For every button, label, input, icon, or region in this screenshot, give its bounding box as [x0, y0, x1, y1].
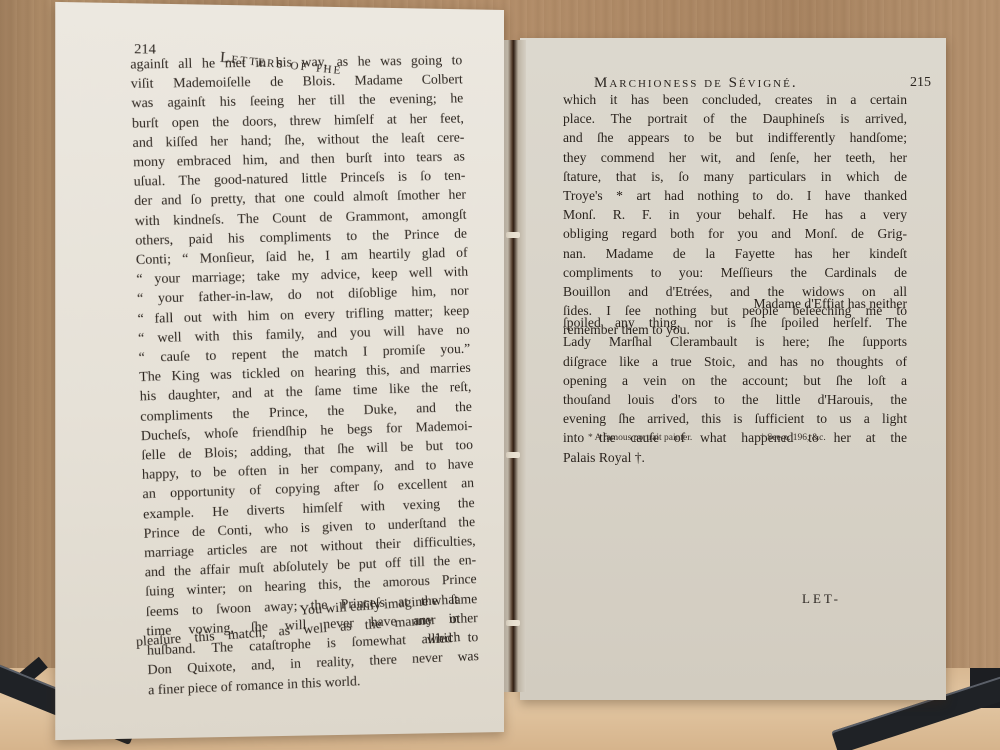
text-line: Palais Royal †.: [563, 448, 907, 467]
text-line: place. The portrait of the Dauphineſs is…: [563, 109, 907, 128]
text-line: and ſhe appears to be but indifferently …: [563, 128, 907, 147]
binding-stitch: [506, 620, 520, 626]
binding-stitch: [506, 232, 520, 238]
text-line: Lady Marſhal Clerambault is here; ſhe ſu…: [563, 332, 907, 351]
text-line: evening ſhe arrived, this is ſufficient …: [563, 409, 907, 428]
text-line: ſpoiled any thing, nor is ſhe ſpoiled he…: [563, 313, 907, 332]
text-line: Madame d'Effiat has neither: [563, 294, 907, 313]
catchword: LET-: [802, 591, 841, 607]
text-line: opening a vein on the account; but ſhe l…: [563, 371, 907, 390]
text-line: obliging regard both for you and Monſ. d…: [563, 224, 907, 243]
page-number-right: 215: [910, 75, 931, 91]
footnote-asterisk: * A famous portrait painter.: [588, 433, 692, 443]
right-page: Marchioness de Sévigné. 215 which it has…: [520, 38, 946, 700]
text-line: Troye's * art had nothing to do. I have …: [563, 186, 907, 205]
text-line: Monſ. R. F. in your behalf. He has a ver…: [563, 205, 907, 224]
text-line: nan. Madame de la Fayette has her kindeſ…: [563, 244, 907, 263]
text-line: they commend her wit, and ſenſe, her tee…: [563, 148, 907, 167]
left-page: 214 Letters of the againſt all he met in…: [55, 2, 504, 740]
text-line: ſtature, that is, ſo many particulars in…: [563, 167, 907, 186]
text-line: thouſand louis d'ors to the little d'Har…: [563, 390, 907, 409]
text-line: diſgrace like a true Stoic, and has no t…: [563, 352, 907, 371]
binding-stitch: [506, 452, 520, 458]
text-line: which it has been concluded, creates in …: [563, 90, 907, 109]
footnote-dagger: † See p. 196, &c.: [760, 433, 826, 443]
text-line: compliments to you: Meſſieurs the Cardin…: [563, 263, 907, 282]
